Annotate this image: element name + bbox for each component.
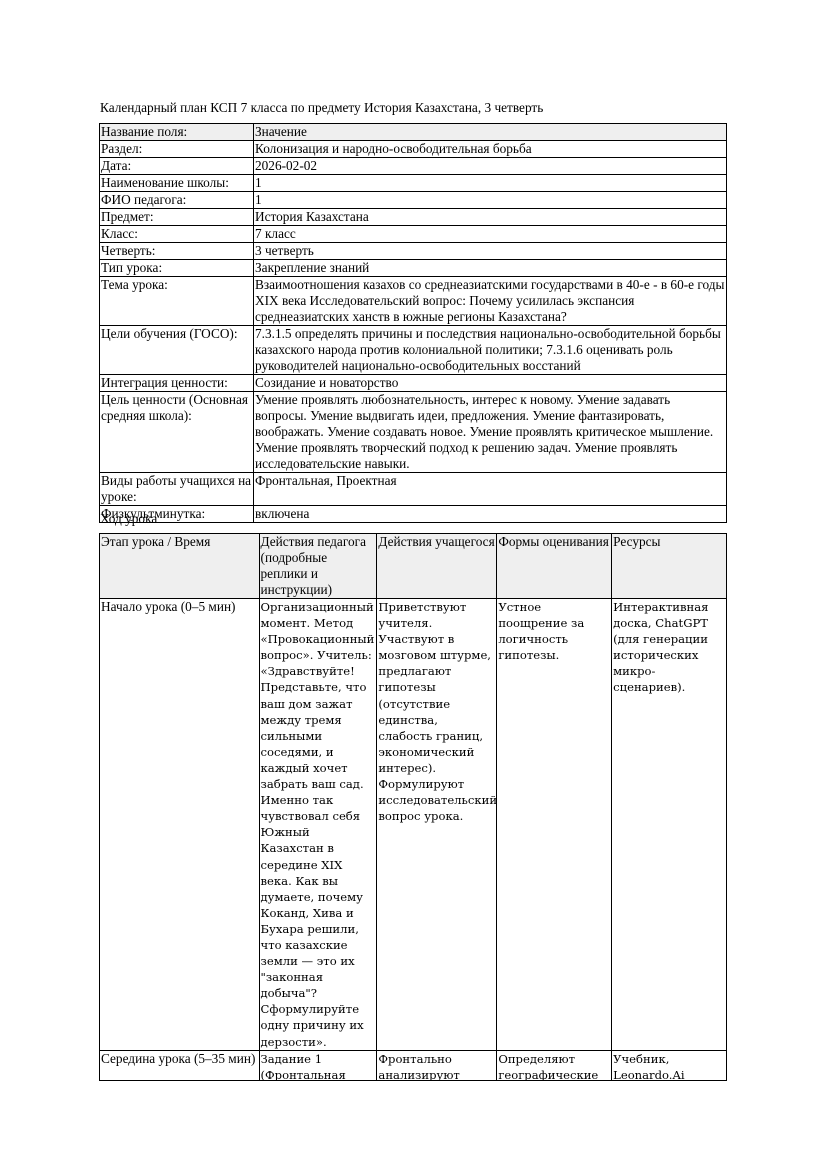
assessment-text: Определяют географические [498,1051,610,1080]
lesson-flow-table: Этап урока / Время Действия педагога (по… [99,533,727,1081]
field-label: ФИО педагога: [100,192,254,209]
info-row-value-goal: Цель ценности (Основная средняя школа): … [100,392,727,473]
info-row-value-integration: Интеграция ценности: Созидание и новатор… [100,375,727,392]
field-label: Дата: [100,158,254,175]
column-header-assessment: Формы оценивания [497,534,612,599]
field-label: Четверть: [100,243,254,260]
assessment-cell: Устное поощрение за логичность гипотезы. [497,599,612,1051]
info-table-header: Название поля: Значение [100,124,727,141]
info-row-quarter: Четверть: 3 четверть [100,243,727,260]
field-value: 1 [254,192,727,209]
lesson-stage-row: Середина урока (5–35 мин) Задание 1 (Фро… [100,1050,727,1080]
student-actions-cell: Приветствуют учителя. Участвуют в мозгов… [377,599,497,1051]
column-header-student-actions: Действия учащегося [377,534,497,599]
resources-text: Учебник, Leonardo.Ai [613,1051,725,1080]
resources-cell: Учебник, Leonardo.Ai [612,1050,727,1080]
info-row-school: Наименование школы: 1 [100,175,727,192]
field-label: Интеграция ценности: [100,375,254,392]
info-row-section: Раздел: Колонизация и народно-освободите… [100,141,727,158]
student-actions-text: Фронтально анализируют карту, [378,1051,495,1080]
teacher-actions-cell: Задание 1 (Фронтальная [259,1050,377,1080]
field-label: Виды работы учащихся на уроке: [100,473,254,506]
field-value: Закрепление знаний [254,260,727,277]
field-label: Раздел: [100,141,254,158]
column-header-teacher-actions: Действия педагога (подробные реплики и и… [259,534,377,599]
field-label: Тип урока: [100,260,254,277]
info-row-work-types: Виды работы учащихся на уроке: Фронтальн… [100,473,727,506]
field-label: Предмет: [100,209,254,226]
info-row-topic: Тема урока: Взаимоотношения казахов со с… [100,277,727,326]
lesson-stage-row: Начало урока (0–5 мин) Организационный м… [100,599,727,1051]
lesson-info-table: Название поля: Значение Раздел: Колониза… [99,123,727,523]
info-row-date: Дата: 2026-02-02 [100,158,727,175]
field-value: Колонизация и народно-освободительная бо… [254,141,727,158]
field-label: Наименование школы: [100,175,254,192]
info-row-teacher: ФИО педагога: 1 [100,192,727,209]
field-value: 2026-02-02 [254,158,727,175]
field-value: 1 [254,175,727,192]
info-row-physical-break: Физкультминутка: включена [100,506,727,523]
lesson-flow-header: Этап урока / Время Действия педагога (по… [100,534,727,599]
info-row-lesson-type: Тип урока: Закрепление знаний [100,260,727,277]
stage-text: Середина урока (5–35 мин) [101,1051,258,1067]
field-label: Тема урока: [100,277,254,326]
field-value: Созидание и новаторство [254,375,727,392]
info-row-learning-goals: Цели обучения (ГОСО): 7.3.1.5 определять… [100,326,727,375]
document-title: Календарный план КСП 7 класса по предмет… [100,100,543,116]
lesson-flow-heading: Ход урока [100,511,157,527]
field-label: Класс: [100,226,254,243]
assessment-cell: Определяют географические [497,1050,612,1080]
column-header-stage: Этап урока / Время [100,534,260,599]
column-header-resources: Ресурсы [612,534,727,599]
teacher-actions-text: Задание 1 (Фронтальная [261,1051,376,1080]
teacher-actions-cell: Организационный момент. Метод «Провокаци… [259,599,377,1051]
field-value: 3 четверть [254,243,727,260]
field-value: 7 класс [254,226,727,243]
resources-cell: Интерактивная доска, ChatGPT (для генера… [612,599,727,1051]
info-row-subject: Предмет: История Казахстана [100,209,727,226]
stage-cell: Середина урока (5–35 мин) [100,1050,260,1080]
field-value: Взаимоотношения казахов со среднеазиатск… [254,277,727,326]
field-value: Умение проявлять любознательность, интер… [254,392,727,473]
field-column-header: Название поля: [100,124,254,141]
field-label: Цель ценности (Основная средняя школа): [100,392,254,473]
stage-cell: Начало урока (0–5 мин) [100,599,260,1051]
field-value: 7.3.1.5 определять причины и последствия… [254,326,727,375]
field-value: Фронтальная, Проектная [254,473,727,506]
student-actions-cell: Фронтально анализируют карту, [377,1050,497,1080]
field-value: История Казахстана [254,209,727,226]
info-row-grade: Класс: 7 класс [100,226,727,243]
value-column-header: Значение [254,124,727,141]
field-value: включена [254,506,727,523]
field-label: Цели обучения (ГОСО): [100,326,254,375]
